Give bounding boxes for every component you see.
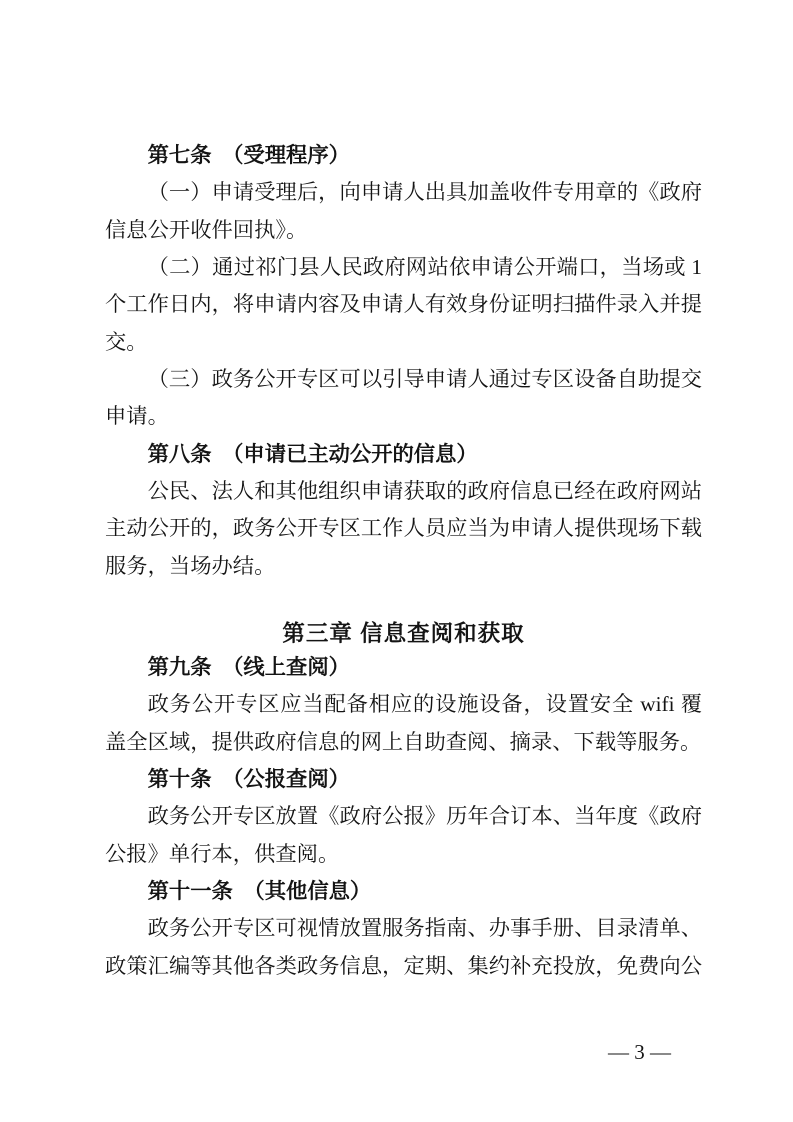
article-heading-9: 第九条 （线上查阅）: [105, 649, 702, 686]
paragraph: 政务公开专区应当配备相应的设施设备，设置安全 wifi 覆盖全区域，提供政府信息…: [105, 686, 702, 761]
paragraph: 政务公开专区放置《政府公报》历年合订本、当年度《政府公报》单行本，供查阅。: [105, 798, 702, 873]
article-heading-11: 第十一条 （其他信息）: [105, 873, 702, 910]
article-heading-8: 第八条 （申请已主动公开的信息）: [105, 436, 702, 473]
paragraph: （二）通过祁门县人民政府网站依申请公开端口，当场或 1 个工作日内，将申请内容及…: [105, 249, 702, 361]
paragraph: 公民、法人和其他组织申请获取的政府信息已经在政府网站主动公开的，政务公开专区工作…: [105, 473, 702, 585]
paragraph: 政务公开专区可视情放置服务指南、办事手册、目录清单、政策汇编等其他各类政务信息，…: [105, 910, 702, 985]
document-content: 第七条 （受理程序） （一）申请受理后，向申请人出具加盖收件专用章的《政府信息公…: [105, 137, 702, 985]
paragraph: （一）申请受理后，向申请人出具加盖收件专用章的《政府信息公开收件回执》。: [105, 174, 702, 249]
paragraph: （三）政务公开专区可以引导申请人通过专区设备自助提交申请。: [105, 361, 702, 436]
page-number: — 3 —: [608, 1040, 671, 1064]
article-heading-7: 第七条 （受理程序）: [105, 137, 702, 174]
article-heading-10: 第十条 （公报查阅）: [105, 761, 702, 798]
document-page: 第七条 （受理程序） （一）申请受理后，向申请人出具加盖收件专用章的《政府信息公…: [0, 0, 793, 1122]
chapter-heading: 第三章 信息查阅和获取: [105, 619, 702, 649]
